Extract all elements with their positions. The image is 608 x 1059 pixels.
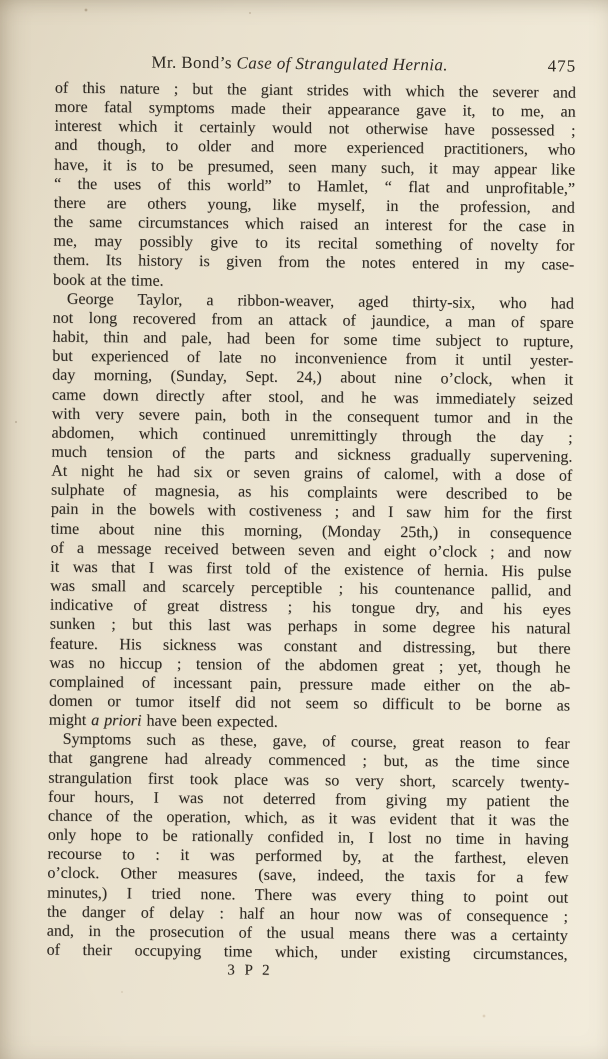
paragraph: Symptoms such as these, gave, of course,… (47, 730, 570, 965)
page-title-italic: Case of Strangulated Hernia. (236, 53, 448, 74)
paragraph: George Taylor, a ribbon-weaver, aged thi… (49, 289, 574, 735)
text-segment: might (49, 712, 92, 729)
printer-signature-mark: 3 P 2 (0, 960, 511, 982)
page-content: Mr. Bond’s Case of Strangulated Hernia. … (0, 0, 608, 1059)
running-header: Mr. Bond’s Case of Strangulated Hernia. … (55, 52, 576, 77)
page-number: 475 (548, 56, 577, 76)
scanned-book-page: Mr. Bond’s Case of Strangulated Hernia. … (0, 0, 608, 1059)
paragraph: of this nature ; but the giant strides w… (53, 79, 576, 295)
page-title: Mr. Bond’s Case of Strangulated Hernia. (39, 51, 560, 76)
italic-phrase: a priori (91, 712, 142, 729)
body-text: of this nature ; but the giant strides w… (47, 79, 576, 965)
text-segment: have been expected. (141, 713, 277, 731)
page-title-roman: Mr. Bond’s (151, 53, 236, 73)
